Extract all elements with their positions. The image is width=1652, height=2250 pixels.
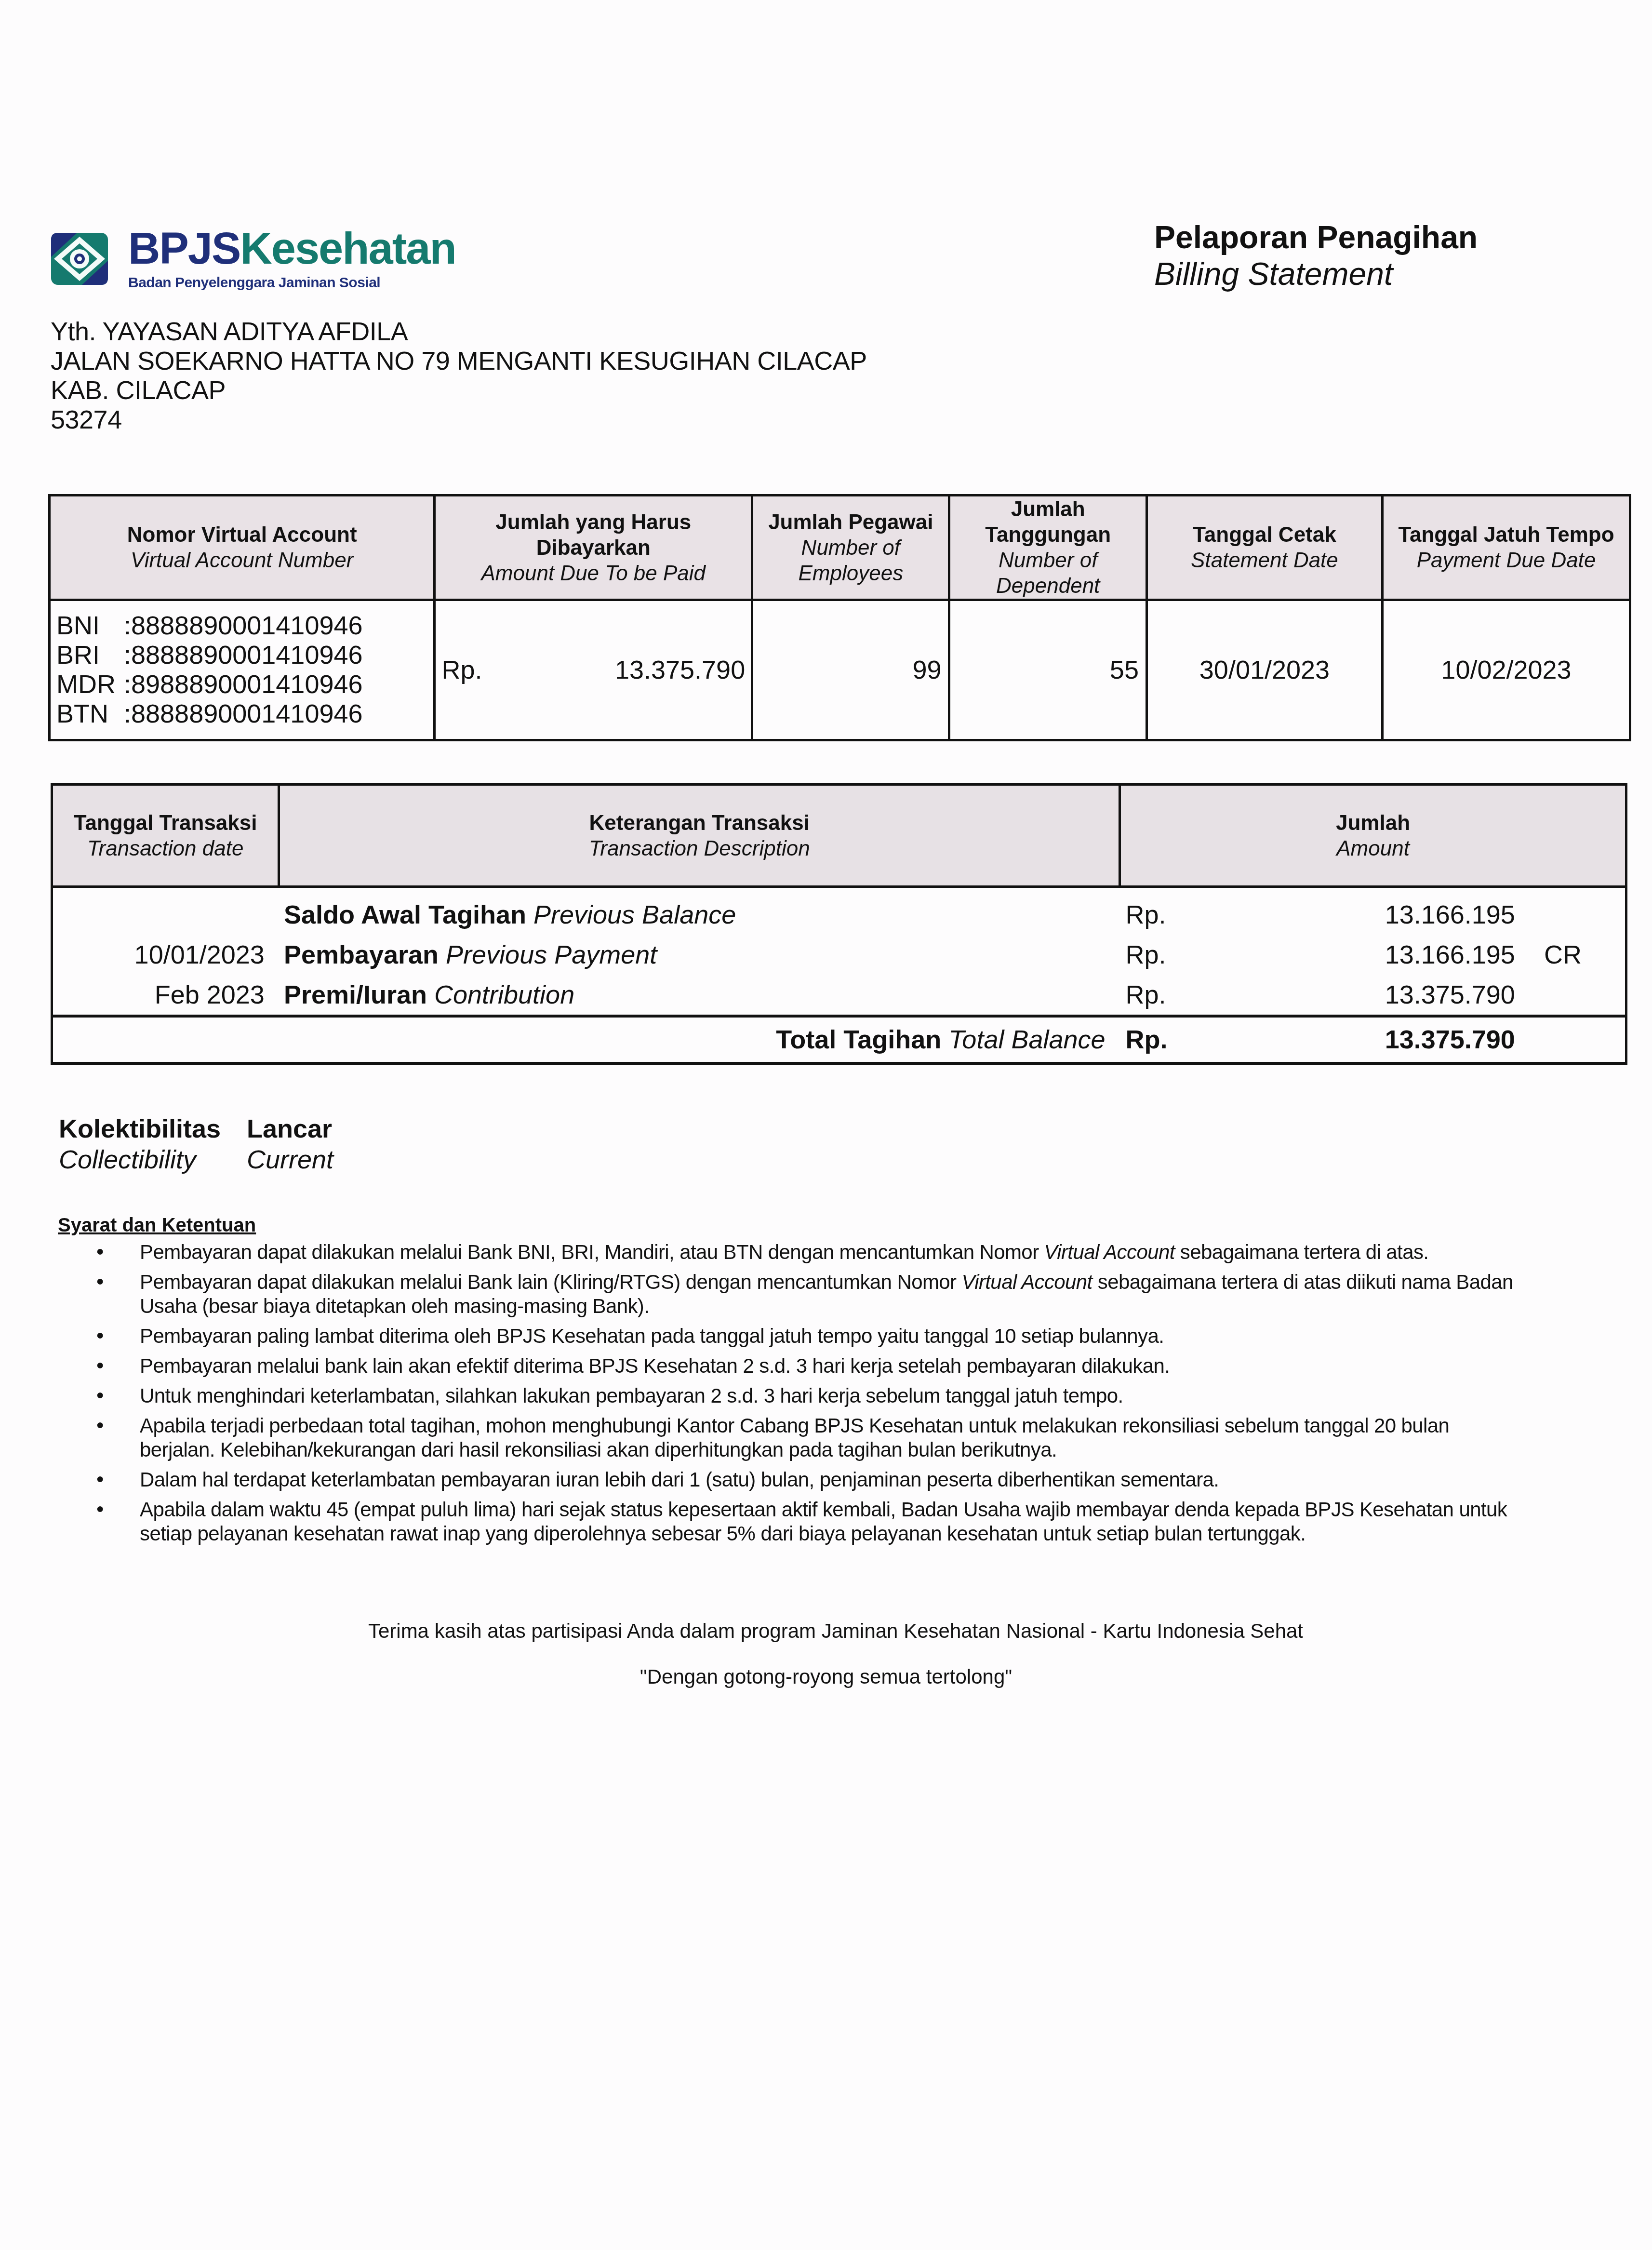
terms-item: Pembayaran melalui bank lain akan efekti…	[58, 1354, 1528, 1378]
va-btn: BTN:8888890001410946	[56, 699, 427, 729]
recipient-postcode: 53274	[51, 405, 867, 435]
transaction-row: Saldo Awal Tagihan Previous Balance Rp. …	[52, 887, 1626, 935]
billing-summary-table: Nomor Virtual AccountVirtual Account Num…	[48, 494, 1631, 741]
header-employees: Jumlah PegawaiNumber of Employees	[752, 496, 949, 600]
collectibility-status: Lancar	[247, 1113, 332, 1144]
terms-and-conditions: Syarat dan Ketentuan Pembayaran dapat di…	[58, 1215, 1528, 1552]
thank-you-note: Terima kasih atas partisipasi Anda dalam…	[0, 1620, 1652, 1643]
logo-subtitle: Badan Penyelenggara Jaminan Sosial	[128, 275, 456, 291]
terms-item: Apabila dalam waktu 45 (empat puluh lima…	[58, 1498, 1528, 1546]
va-bri: BRI:8888890001410946	[56, 641, 427, 670]
document-title: Pelaporan Penagihan Billing Statement	[1154, 219, 1478, 293]
total-row: Total Tagihan Total Balance Rp. 13.375.7…	[52, 1016, 1626, 1063]
va-bni: BNI:8888890001410946	[56, 611, 427, 641]
terms-item: Pembayaran dapat dilakukan melalui Bank …	[58, 1270, 1528, 1318]
terms-item: Dalam hal terdapat keterlambatan pembaya…	[58, 1468, 1528, 1492]
header-amount-due: Jumlah yang Harus DibayarkanAmount Due T…	[435, 496, 752, 600]
terms-title: Syarat dan Ketentuan	[58, 1215, 1528, 1236]
logo-wordmark: BPJSKesehatan	[128, 227, 456, 271]
va-mandiri: MDR:8988890001410946	[56, 670, 427, 699]
transaction-row: Feb 2023 Premi/Iuran Contribution Rp. 13…	[52, 975, 1626, 1016]
terms-item: Pembayaran dapat dilakukan melalui Bank …	[58, 1240, 1528, 1264]
employee-count: 99	[752, 600, 949, 740]
credit-flag: CR	[1525, 935, 1626, 975]
header-statement-date: Tanggal CetakStatement Date	[1146, 496, 1382, 600]
transactions-table: Tanggal TransaksiTransaction date Ketera…	[51, 783, 1627, 1065]
virtual-account-list: BNI:8888890001410946 BRI:888889000141094…	[50, 600, 435, 740]
terms-item: Untuk menghindari keterlambatan, silahka…	[58, 1384, 1528, 1408]
bpjs-logo: BPJSKesehatan Badan Penyelenggara Jamina…	[48, 227, 456, 291]
transaction-row: 10/01/2023 Pembayaran Previous Payment R…	[52, 935, 1626, 975]
total-amount: 13.375.790	[1243, 1016, 1525, 1063]
header-amount: JumlahAmount	[1120, 785, 1626, 887]
terms-item: Apabila terjadi perbedaan total tagihan,…	[58, 1414, 1528, 1462]
recipient-name: Yth. YAYASAN ADITYA AFDILA	[51, 317, 867, 347]
title-indonesian: Pelaporan Penagihan	[1154, 219, 1478, 256]
recipient-address: Yth. YAYASAN ADITYA AFDILA JALAN SOEKARN…	[51, 317, 867, 435]
header-transaction-date: Tanggal TransaksiTransaction date	[52, 785, 279, 887]
collectibility: KolektibilitasLancar CollectibilityCurre…	[59, 1113, 333, 1175]
title-english: Billing Statement	[1154, 256, 1478, 293]
header-dependents: Jumlah TanggunganNumber of Dependent	[949, 496, 1146, 600]
header-virtual-account: Nomor Virtual AccountVirtual Account Num…	[50, 496, 435, 600]
recipient-regency: KAB. CILACAP	[51, 376, 867, 405]
amount-due: Rp.13.375.790	[435, 600, 752, 740]
dependent-count: 55	[949, 600, 1146, 740]
motto: "Dengan gotong-royong semua tertolong"	[0, 1665, 1652, 1688]
terms-item: Pembayaran paling lambat diterima oleh B…	[58, 1324, 1528, 1348]
header-transaction-description: Keterangan TransaksiTransaction Descript…	[279, 785, 1120, 887]
bpjs-logo-icon	[48, 230, 111, 288]
summary-row: BNI:8888890001410946 BRI:888889000141094…	[50, 600, 1630, 740]
header-due-date: Tanggal Jatuh TempoPayment Due Date	[1383, 496, 1630, 600]
due-date: 10/02/2023	[1383, 600, 1630, 740]
total-label: Total Tagihan	[776, 1025, 941, 1054]
recipient-street: JALAN SOEKARNO HATTA NO 79 MENGANTI KESU…	[51, 347, 867, 376]
statement-date: 30/01/2023	[1146, 600, 1382, 740]
